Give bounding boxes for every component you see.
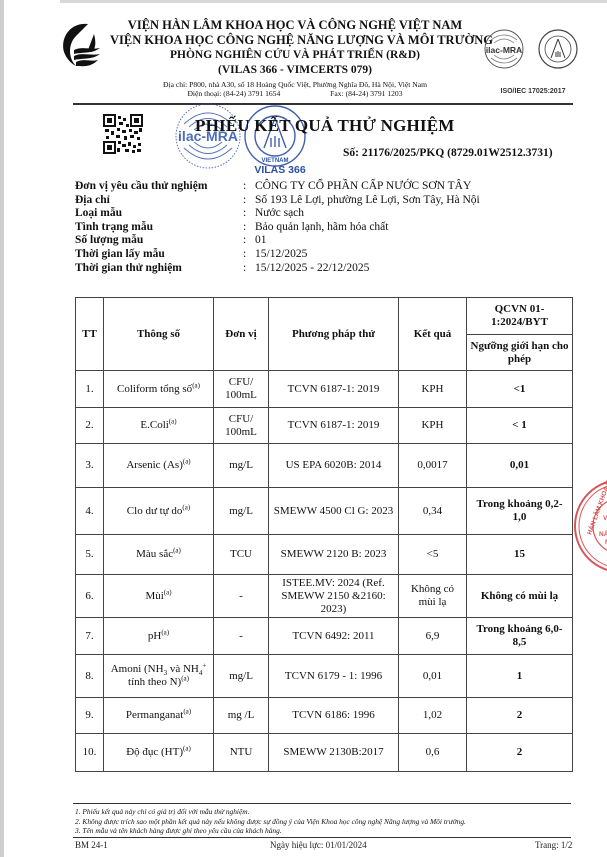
info-row: Thời gian lấy mẫu:15/12/2025 — [75, 248, 480, 262]
col-header-method: Phương pháp thử — [269, 298, 399, 371]
info-colon: : — [243, 180, 255, 194]
cell-result: KPH — [399, 408, 467, 444]
accreditation-bureau-logo-icon — [537, 28, 579, 70]
info-colon: : — [243, 248, 255, 262]
footer-divider-2 — [73, 837, 571, 838]
page-number: Trang: 1/2 — [535, 840, 572, 850]
info-colon: : — [243, 207, 255, 221]
cell-limit: Trong khoảng 0,2-1,0 — [467, 488, 573, 535]
cell-method: TCVN 6187-1: 2019 — [269, 408, 399, 444]
cell-tt: 7. — [76, 618, 104, 655]
cell-tt: 3. — [76, 444, 104, 488]
table-row: 10.Độ đục (HT)(a)NTUSMEWW 2130B:20170,62 — [76, 734, 573, 772]
info-value: Số 193 Lê Lợi, phường Lê Lợi, Sơn Tây, H… — [255, 194, 480, 208]
scan-top-edge — [60, 0, 607, 3]
cell-limit: 1 — [467, 655, 573, 698]
col-header-param: Thông số — [104, 298, 214, 371]
ilac-mra-stamp-icon: ilac-MRA — [172, 102, 244, 170]
svg-text:NĂNG: NĂNG — [599, 529, 607, 538]
col-header-tt: TT — [76, 298, 104, 371]
cell-param: Độ đục (HT)(a) — [104, 734, 214, 772]
cell-tt: 10. — [76, 734, 104, 772]
cell-unit: - — [214, 575, 269, 618]
info-row: Loại mẫu:Nước sạch — [75, 207, 480, 221]
table-row: 1.Coliform tổng số(a)CFU/ 100mLTCVN 6187… — [76, 371, 573, 408]
cell-method: SMEWW 4500 Cl G: 2023 — [269, 488, 399, 535]
info-label: Đơn vị yêu cầu thử nghiệm — [75, 180, 243, 194]
institute-logo-icon — [58, 20, 104, 70]
cell-limit: Trong khoảng 6,0-8,5 — [467, 618, 573, 655]
cell-param: Amoni (NH3 và NH4+ tính theo N)(a) — [104, 655, 214, 698]
info-label: Loại mẫu — [75, 207, 243, 221]
sample-info: Đơn vị yêu cầu thử nghiệm:CÔNG TY CỔ PHẦ… — [75, 180, 480, 275]
svg-text:VIỆN: VIỆN — [603, 513, 607, 522]
document-title: PHIẾU KẾT QUẢ THỬ NGHIỆM — [195, 116, 455, 136]
cell-result: 0,6 — [399, 734, 467, 772]
results-table: TT Thông số Đơn vị Phương pháp thử Kết q… — [75, 297, 573, 772]
qr-code-icon[interactable] — [103, 114, 143, 154]
cell-tt: 9. — [76, 698, 104, 734]
info-value: CÔNG TY CỔ PHẦN CẤP NƯỚC SƠN TÂY — [255, 180, 471, 194]
cell-unit: mg /L — [214, 698, 269, 734]
cell-limit: 2 — [467, 698, 573, 734]
cell-limit: < 1 — [467, 408, 573, 444]
info-row: Địa chỉ:Số 193 Lê Lợi, phường Lê Lợi, Sơ… — [75, 194, 480, 208]
cell-tt: 8. — [76, 655, 104, 698]
cell-method: TCVN 6187-1: 2019 — [269, 371, 399, 408]
cell-result: 0,0017 — [399, 444, 467, 488]
scan-edge — [0, 0, 4, 857]
cell-limit: <1 — [467, 371, 573, 408]
info-label: Thời gian thử nghiệm — [75, 262, 243, 276]
table-row: 6.Mùi(a)-ISTEE.MV: 2024 (Ref. SMEWW 2150… — [76, 575, 573, 618]
cell-method: TCVN 6179 - 1: 1996 — [269, 655, 399, 698]
note-3: 3. Tên mẫu và tên khách hàng được ghi th… — [75, 826, 466, 836]
cell-unit: CFU/ 100mL — [214, 371, 269, 408]
col-header-standard: QCVN 01-1:2024/BYT — [467, 298, 573, 335]
info-row: Thời gian thử nghiệm:15/12/2025 - 22/12/… — [75, 262, 480, 276]
cell-tt: 5. — [76, 535, 104, 575]
org-fax: Fax: (84-24) 3791 1203 — [330, 89, 402, 98]
cell-result: Không có mùi lạ — [399, 575, 467, 618]
table-row: 8.Amoni (NH3 và NH4+ tính theo N)(a)mg/L… — [76, 655, 573, 698]
org-line-2: VIỆN KHOA HỌC CÔNG NGHỆ NĂNG LƯỢNG VÀ MÔ… — [110, 33, 480, 48]
info-label: Địa chỉ — [75, 194, 243, 208]
cell-param: Clo dư tự do(a) — [104, 488, 214, 535]
cell-limit: Không có mùi lạ — [467, 575, 573, 618]
cell-unit: mg/L — [214, 444, 269, 488]
cell-method: ISTEE.MV: 2024 (Ref. SMEWW 2150 &2160: 2… — [269, 575, 399, 618]
org-address: Địa chỉ: P800, nhà A30, số 18 Hoàng Quốc… — [110, 80, 480, 89]
cell-param: Màu sắc(a) — [104, 535, 214, 575]
info-label: Tình trạng mẫu — [75, 221, 243, 235]
form-code: BM 24-1 — [75, 840, 108, 850]
cell-tt: 6. — [76, 575, 104, 618]
info-colon: : — [243, 221, 255, 235]
table-row: 3.Arsenic (As)(a)mg/LUS EPA 6020B: 20140… — [76, 444, 573, 488]
col-header-limit: Ngưỡng giới hạn cho phép — [467, 335, 573, 371]
info-value: 15/12/2025 - 22/12/2025 — [255, 262, 369, 276]
table-row: 9.Permanganat(a)mg /LTCVN 6186: 19961,02… — [76, 698, 573, 734]
cell-method: TCVN 6186: 1996 — [269, 698, 399, 734]
cell-limit: 15 — [467, 535, 573, 575]
info-value: 15/12/2025 — [255, 248, 307, 262]
info-row: Số lượng mẫu:01 — [75, 234, 480, 248]
cell-param: Mùi(a) — [104, 575, 214, 618]
note-1: 1. Phiếu kết quả này chỉ có giá trị đối … — [75, 807, 466, 817]
accreditation-stamp-icon: VIETNAM — [243, 104, 307, 168]
org-line-1: VIỆN HÀN LÂM KHOA HỌC VÀ CÔNG NGHỆ VIỆT … — [110, 18, 480, 33]
svg-text:ilac-MRA: ilac-MRA — [486, 45, 522, 55]
cell-unit: NTU — [214, 734, 269, 772]
cell-param: pH(a) — [104, 618, 214, 655]
cell-result: 0,34 — [399, 488, 467, 535]
table-row: 7.pH(a)-TCVN 6492: 20116,9Trong khoảng 6… — [76, 618, 573, 655]
cell-method: SMEWW 2130B:2017 — [269, 734, 399, 772]
info-value: 01 — [255, 234, 267, 248]
table-row: 5.Màu sắc(a)TCUSMEWW 2120 B: 2023<515 — [76, 535, 573, 575]
info-colon: : — [243, 234, 255, 248]
cell-unit: TCU — [214, 535, 269, 575]
cell-unit: mg/L — [214, 655, 269, 698]
info-label: Thời gian lấy mẫu — [75, 248, 243, 262]
cell-method: TCVN 6492: 2011 — [269, 618, 399, 655]
cell-tt: 4. — [76, 488, 104, 535]
iso-label: ISO/IEC 17025:2017 — [478, 88, 588, 95]
ilac-mra-logo-icon: ilac-MRA — [483, 28, 525, 70]
cell-tt: 1. — [76, 371, 104, 408]
header-divider — [73, 103, 573, 105]
cell-method: SMEWW 2120 B: 2023 — [269, 535, 399, 575]
info-row: Đơn vị yêu cầu thử nghiệm:CÔNG TY CỔ PHẦ… — [75, 180, 480, 194]
org-line-4: (VILAS 366 - VIMCERTS 079) — [110, 64, 480, 76]
red-seal-stamp-icon: VIỆN CÔ NĂNG MÔ HÀN LÂM KHOA HỌC — [573, 478, 607, 574]
org-phone: Điện thoại: (84-24) 3791 1654 — [187, 89, 280, 98]
table-row: 4.Clo dư tự do(a)mg/LSMEWW 4500 Cl G: 20… — [76, 488, 573, 535]
footer-notes: 1. Phiếu kết quả này chỉ có giá trị đối … — [75, 807, 466, 836]
info-label: Số lượng mẫu — [75, 234, 243, 248]
effective-date: Ngày hiệu lực: 01/01/2024 — [270, 840, 367, 850]
note-2: 2. Không được trích sao một phần kết quả… — [75, 817, 466, 827]
cell-limit: 0,01 — [467, 444, 573, 488]
col-header-unit: Đơn vị — [214, 298, 269, 371]
cell-result: 1,02 — [399, 698, 467, 734]
cell-method: US EPA 6020B: 2014 — [269, 444, 399, 488]
vilas-label: VILAS 366 — [250, 164, 310, 176]
org-contact: Điện thoại: (84-24) 3791 1654 Fax: (84-2… — [110, 89, 480, 98]
cell-result: <5 — [399, 535, 467, 575]
col-header-result: Kết quả — [399, 298, 467, 371]
document-number: Số: 21176/2025/PKQ (8729.01W2512.3731) — [343, 147, 553, 159]
cell-limit: 2 — [467, 734, 573, 772]
cell-result: 0,01 — [399, 655, 467, 698]
cell-param: Arsenic (As)(a) — [104, 444, 214, 488]
cell-unit: - — [214, 618, 269, 655]
info-row: Tình trạng mẫu:Bảo quản lạnh, hãm hóa ch… — [75, 221, 480, 235]
info-colon: : — [243, 194, 255, 208]
cell-param: Coliform tổng số(a) — [104, 371, 214, 408]
cell-result: 6,9 — [399, 618, 467, 655]
info-colon: : — [243, 262, 255, 276]
footer-divider — [73, 803, 571, 804]
cell-param: E.Coli(a) — [104, 408, 214, 444]
table-row: 2.E.Coli(a)CFU/ 100mLTCVN 6187-1: 2019KP… — [76, 408, 573, 444]
info-value: Bảo quản lạnh, hãm hóa chất — [255, 221, 389, 235]
cell-unit: mg/L — [214, 488, 269, 535]
info-value: Nước sạch — [255, 207, 304, 221]
cell-result: KPH — [399, 371, 467, 408]
cell-param: Permanganat(a) — [104, 698, 214, 734]
org-line-3: PHÒNG NGHIÊN CỨU VÀ PHÁT TRIỂN (R&D) — [110, 49, 480, 61]
cell-unit: CFU/ 100mL — [214, 408, 269, 444]
cell-tt: 2. — [76, 408, 104, 444]
